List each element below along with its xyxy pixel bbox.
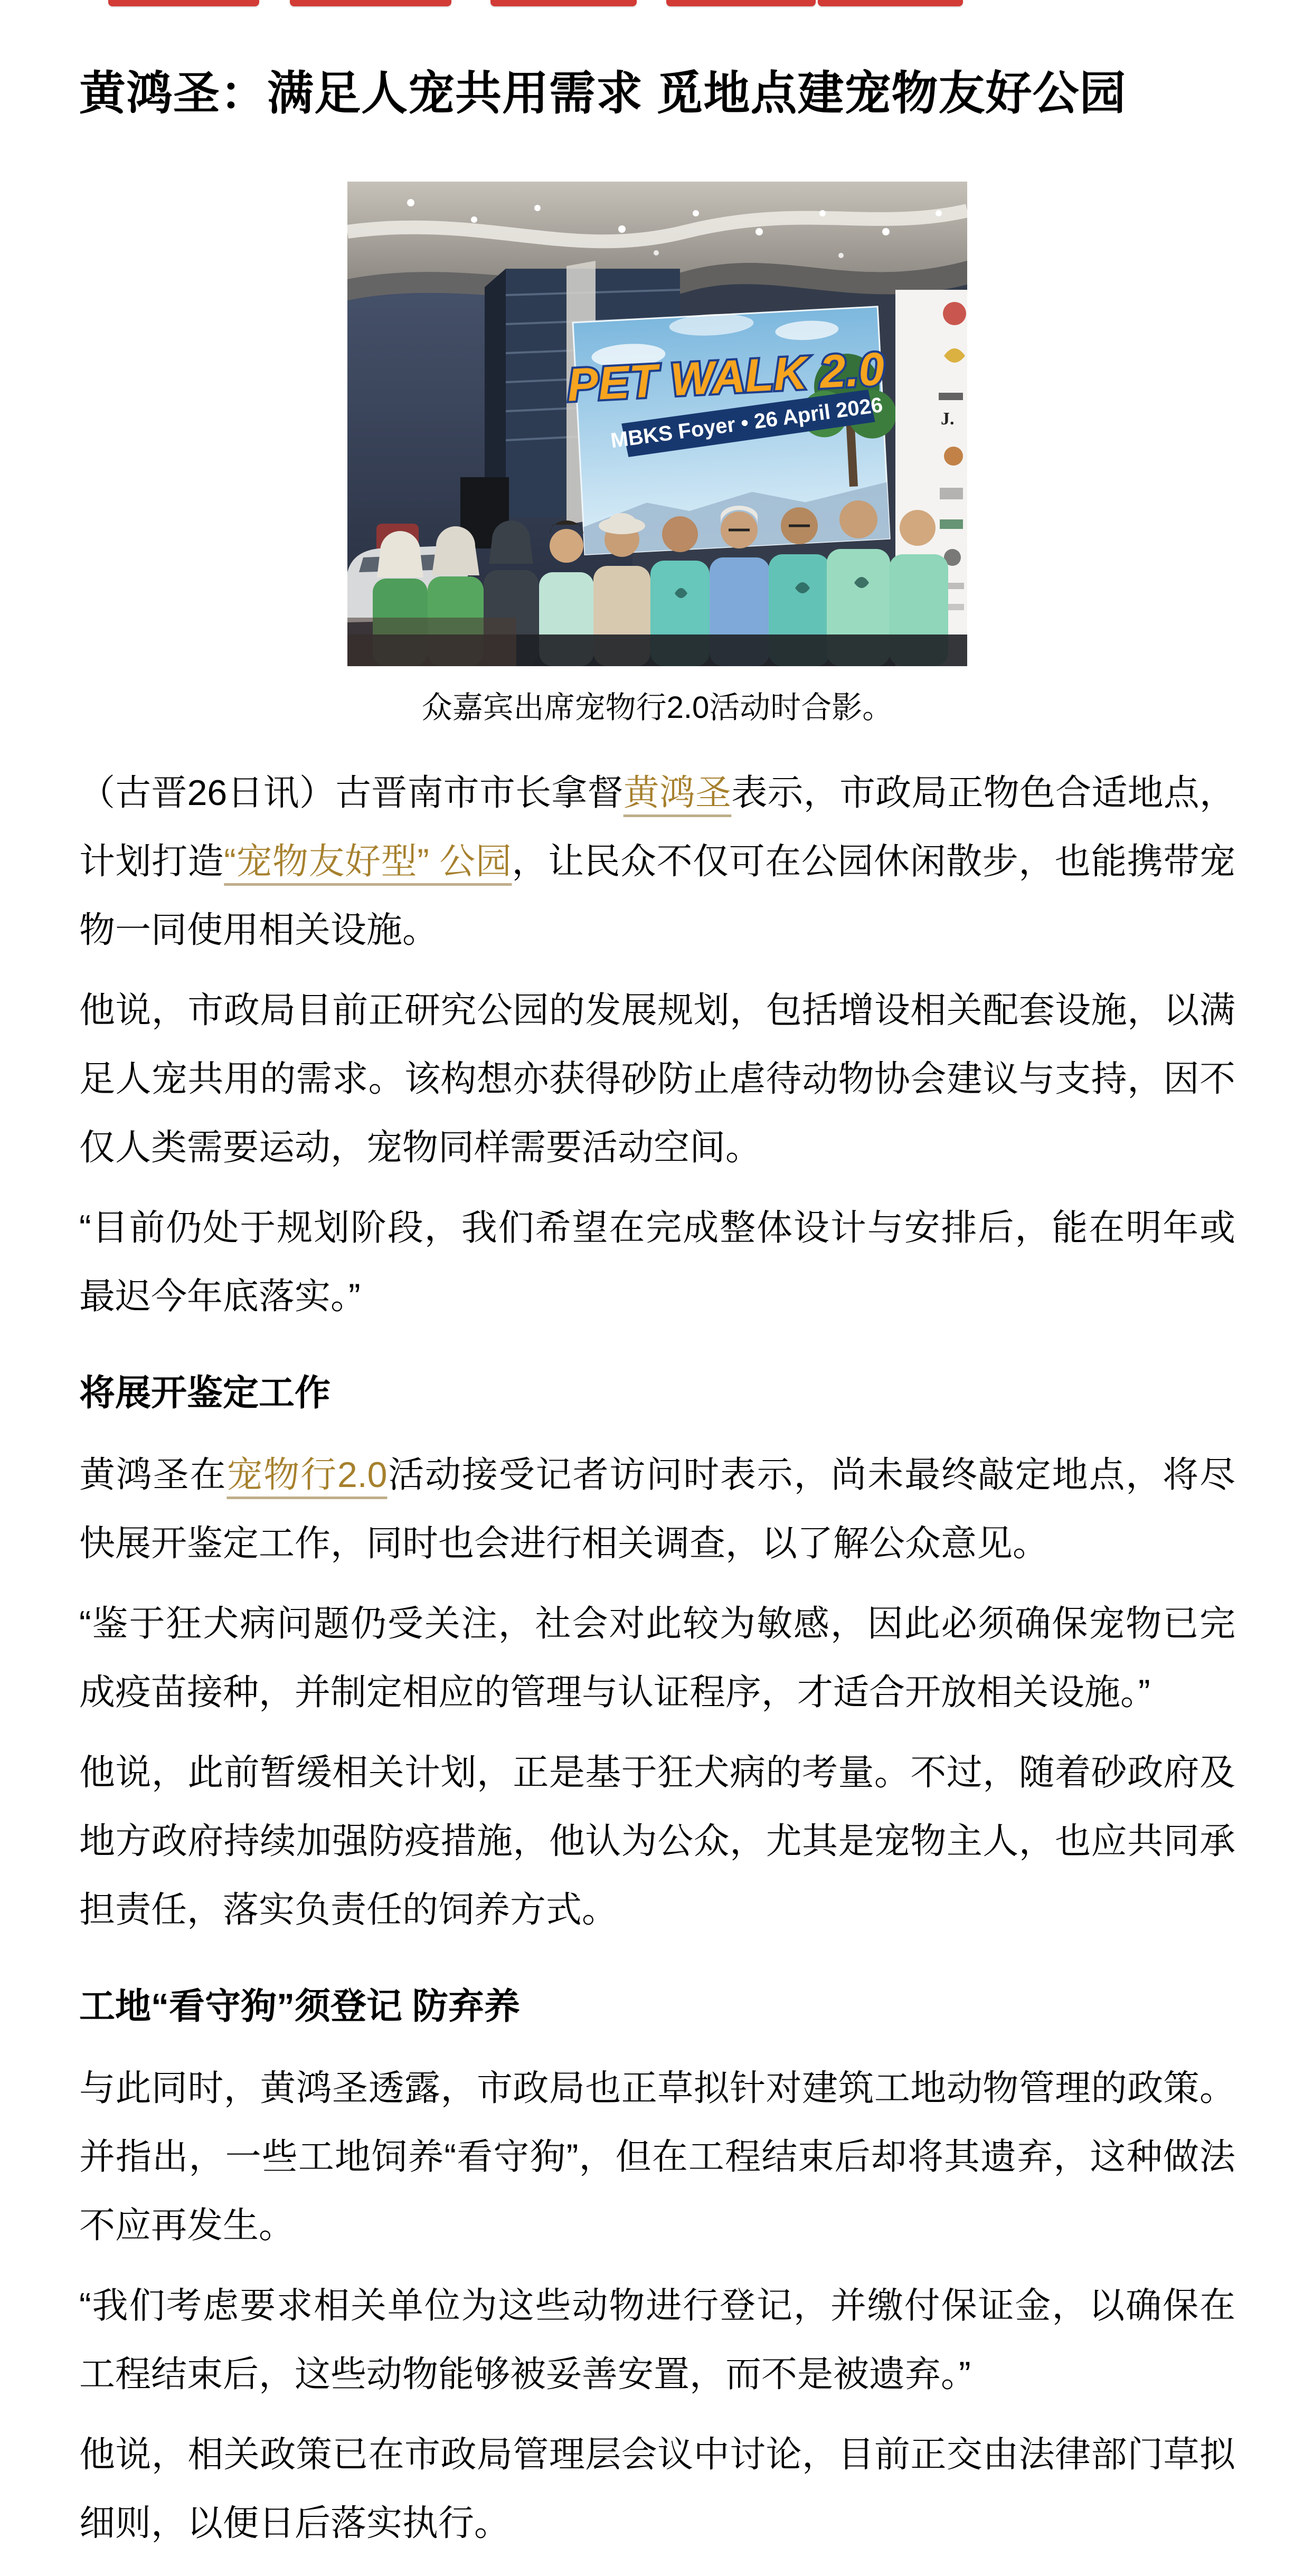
text-run: （古晋26日讯）古晋南市市长拿督 [79, 773, 624, 813]
news-article-page: { "colors": { "tag_red": "#d23b36", "lin… [0, 0, 1313, 2576]
section-heading: 将展开鉴定工作 [79, 1361, 1235, 1425]
paragraph: “我们考虑要求相关单位为这些动物进行登记，并缴付保证金，以确保在工程结束后，这些… [79, 2271, 1235, 2409]
paragraph: “鉴于狂犬病问题仍受关注，社会对此较为敏感，因此必须确保宠物已完成疫苗接种，并制… [79, 1589, 1235, 1727]
article-body: （古晋26日讯）古晋南市市长拿督黄鸿圣表示，市政局正物色合适地点，计划打造“宠物… [79, 759, 1235, 2558]
top-tag-row [0, 0, 1313, 7]
top-tag-button[interactable] [666, 0, 816, 6]
text-run: 将展开鉴定工作 [79, 1373, 330, 1413]
article: 黄鸿圣：满足人宠共用需求 觅地点建宠物友好公园 [0, 0, 1313, 2558]
paragraph: 黄鸿圣在宠物行2.0活动接受记者访问时表示，尚未最终敲定地点，将尽快展开鉴定工作… [79, 1441, 1235, 1578]
tiled-floor [347, 618, 516, 666]
article-title: 黄鸿圣：满足人宠共用需求 觅地点建宠物友好公园 [79, 64, 1235, 122]
event-photo: PET WALK 2.0 MBKS Foyer • 26 April 2026 … [347, 182, 967, 666]
paragraph: 他说，相关政策已在市政局管理层会议中讨论，目前正交由法律部门草拟细则，以便日后落… [79, 2420, 1235, 2558]
text-run: “我们考虑要求相关单位为这些动物进行登记，并缴付保证金，以确保在工程结束后，这些… [79, 2286, 1235, 2394]
article-photo-figure: PET WALK 2.0 MBKS Foyer • 26 April 2026 … [79, 182, 1235, 729]
top-tag-button[interactable] [290, 0, 451, 6]
text-run: 工地“看守狗”须登记 防弃养 [79, 1986, 520, 2026]
text-run: 与此同时，黄鸿圣透露，市政局也正草拟针对建筑工地动物管理的政策。并指出，一些工地… [79, 2068, 1235, 2246]
text-run: “鉴于狂犬病问题仍受关注，社会对此较为敏感，因此必须确保宠物已完成疫苗接种，并制… [79, 1604, 1235, 1712]
paragraph: 与此同时，黄鸿圣透露，市政局也正草拟针对建筑工地动物管理的政策。并指出，一些工地… [79, 2054, 1235, 2260]
text-run: 黄鸿圣在 [79, 1455, 226, 1495]
top-tag-button[interactable] [818, 0, 963, 6]
inline-link[interactable]: 黄鸿圣 [624, 773, 732, 813]
text-run: 他说，相关政策已在市政局管理层会议中讨论，目前正交由法律部门草拟细则，以便日后落… [79, 2435, 1235, 2543]
top-tag-button[interactable] [108, 0, 259, 6]
photo-caption: 众嘉宾出席宠物行2.0活动时合影。 [79, 687, 1235, 729]
top-tag-button[interactable] [490, 0, 637, 6]
paragraph: 他说，市政局目前正研究公园的发展规划，包括增设相关配套设施，以满足人宠共用的需求… [79, 976, 1235, 1182]
paragraph: （古晋26日讯）古晋南市市长拿督黄鸿圣表示，市政局正物色合适地点，计划打造“宠物… [79, 759, 1235, 964]
text-run: “目前仍处于规划阶段，我们希望在完成整体设计与安排后，能在明年或最迟今年底落实。… [79, 1208, 1235, 1317]
svg-text:J.: J. [941, 409, 955, 429]
event-photo-illustration: PET WALK 2.0 MBKS Foyer • 26 April 2026 … [347, 182, 967, 666]
inline-link[interactable]: “宠物友好型” 公园 [224, 841, 512, 882]
text-run: 他说，此前暂缓相关计划，正是基于狂犬病的考量。不过，随着砂政府及地方政府持续加强… [79, 1753, 1235, 1930]
paragraph: 他说，此前暂缓相关计划，正是基于狂犬病的考量。不过，随着砂政府及地方政府持续加强… [79, 1738, 1235, 1944]
inline-link[interactable]: 宠物行2.0 [226, 1455, 387, 1495]
paragraph: “目前仍处于规划阶段，我们希望在完成整体设计与安排后，能在明年或最迟今年底落实。… [79, 1194, 1235, 1331]
text-run: 他说，市政局目前正研究公园的发展规划，包括增设相关配套设施，以满足人宠共用的需求… [79, 990, 1235, 1168]
section-heading: 工地“看守狗”须登记 防弃养 [79, 1975, 1235, 2038]
